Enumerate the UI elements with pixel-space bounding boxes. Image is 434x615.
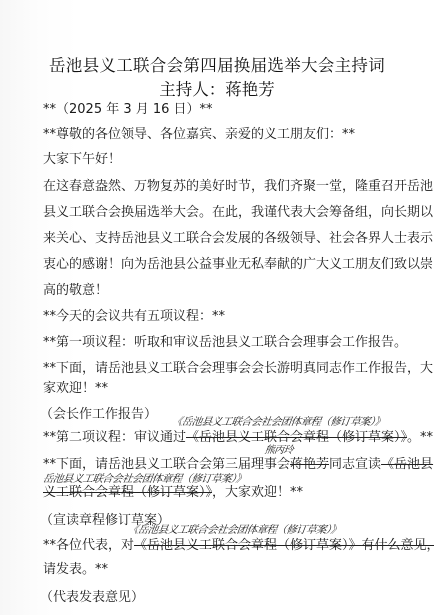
invite-struck-name: 蒋艳芳 (290, 457, 329, 472)
invite-struck-title-1: 《岳池县 (381, 457, 433, 472)
agenda-item-2: **第二项议程：审议通过《岳池县义工联合会章程（修订草案）》。** (43, 425, 393, 451)
invite-struck-title-2: 义工联合会章程（修订草案）》 (43, 485, 212, 500)
agenda-item-3-note: （代表发表意见） (40, 585, 390, 611)
invite-prefix: **下面，请岳池县义工联合会第三届理事会 (43, 457, 290, 472)
agenda-item-2-suffix: 。** (407, 430, 433, 445)
agenda-item-2-invite-line-2: 义工联合会章程（修订草案）》，大家欢迎！** (43, 480, 393, 506)
item3-prefix: **各位代表，对 (43, 538, 134, 553)
intro-line-4: 衷心的感谢！向为岳池县公益事业无私奉献的广大义工朋友们致以崇 (43, 252, 393, 278)
agenda-intro: **今天的会议共有五项议程：** (43, 304, 393, 330)
invite-mid: 同志宣读 (329, 457, 381, 472)
document-page: 岳池县义工联合会第四届换届选举大会主持词 主持人：蒋艳芳 **（2025 年 3… (0, 0, 434, 615)
agenda-item-1: **第一项议程：听取和审议岳池县义工联合会理事会工作报告。 (43, 330, 393, 356)
intro-line-5: 高的敬意！ (43, 278, 393, 304)
invite-suffix: ，大家欢迎！** (212, 485, 303, 500)
greeting-line: **尊敬的各位领导、各位嘉宾、亲爱的义工朋友们：** (43, 122, 393, 148)
date-line: **（2025 年 3 月 16 日）** (43, 97, 393, 123)
agenda-item-2-prefix: **第二项议程：审议通过 (43, 430, 186, 445)
intro-line-1: 在这春意盎然、万物复苏的美好时节，我们齐聚一堂，隆重召开岳池 (43, 174, 393, 200)
agenda-item-3: **各位代表，对《岳池县义工联合会章程（修订草案）》有什么意见， (43, 533, 393, 559)
intro-line-3: 来关心、支持岳池县义工联合会发展的各级领导、社会各界人士表示 (43, 226, 393, 252)
intro-line-2: 县义工联合会换届选举大会。在此，我谨代表大会筹备组，向长期以 (43, 200, 393, 226)
agenda-item-1-invite-line-2: 家欢迎！** (43, 376, 393, 402)
item3-struck-title: 《岳池县义工联合会章程（修订草案）》 (134, 538, 362, 553)
hello-line: 大家下午好！ (43, 147, 393, 173)
agenda-item-3-line-2: 请发表。** (43, 557, 393, 583)
document-title: 岳池县义工联合会第四届换届选举大会主持词 (0, 52, 434, 76)
agenda-item-2-struck-title: 《岳池县义工联合会章程（修订草案）》 (186, 430, 407, 445)
item3-suffix: 有什么意见， (362, 538, 434, 553)
